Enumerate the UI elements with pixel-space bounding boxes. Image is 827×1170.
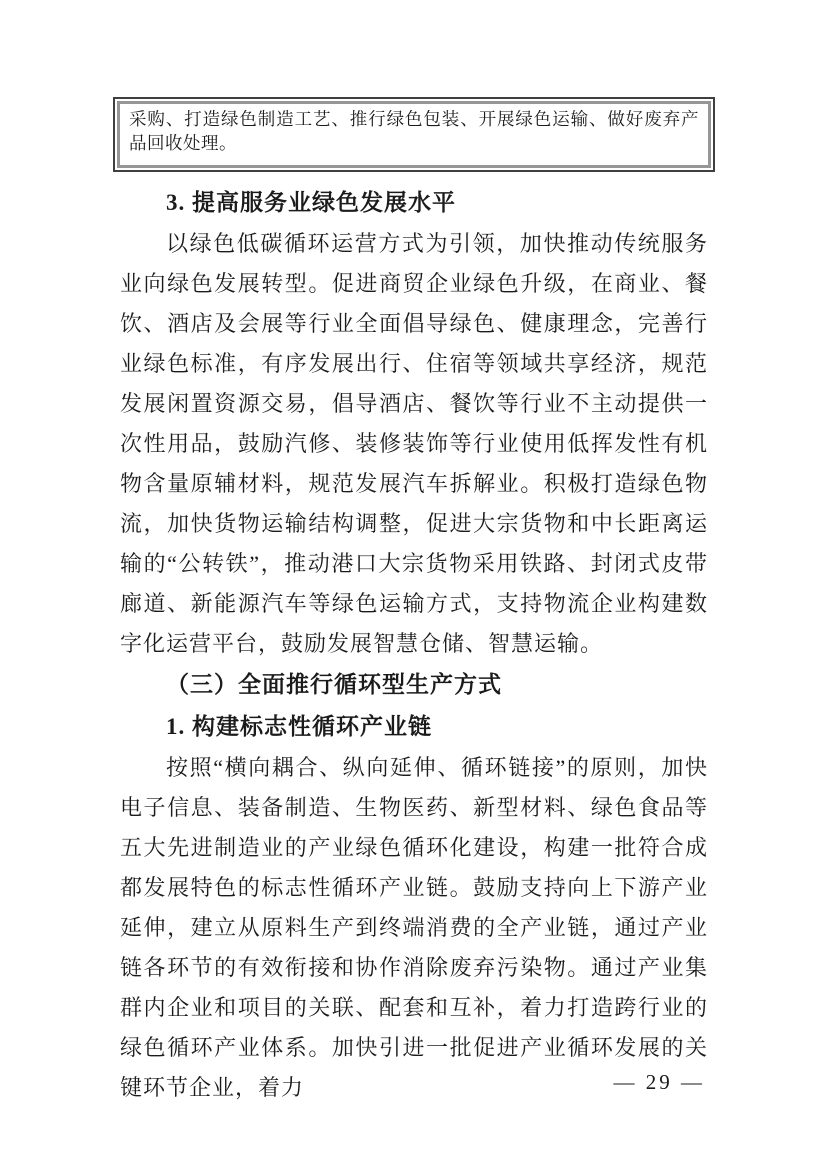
content-column: 采购、打造绿色制造工艺、推行绿色包装、开展绿色运输、做好废弃产品回收处理。 3.… — [120, 97, 708, 1108]
callout-box-inner: 采购、打造绿色制造工艺、推行绿色包装、开展绿色运输、做好废弃产品回收处理。 — [117, 101, 711, 168]
page-number: — 29 — — [614, 1070, 706, 1095]
paragraph-circular-industry-chain: 按照“横向耦合、纵向延伸、循环链接”的原则，加快电子信息、装备制造、生物医药、新… — [120, 748, 708, 1108]
document-page: 采购、打造绿色制造工艺、推行绿色包装、开展绿色运输、做好废弃产品回收处理。 3.… — [0, 0, 827, 1170]
heading-service-industry-green-development: 3. 提高服务业绿色发展水平 — [120, 182, 708, 224]
callout-text: 采购、打造绿色制造工艺、推行绿色包装、开展绿色运输、做好废弃产品回收处理。 — [129, 107, 699, 155]
callout-box: 采购、打造绿色制造工艺、推行绿色包装、开展绿色运输、做好废弃产品回收处理。 — [113, 97, 715, 172]
heading-circular-industry-chain: 1. 构建标志性循环产业链 — [120, 706, 708, 748]
heading-circular-production-section: （三）全面推行循环型生产方式 — [120, 664, 708, 706]
paragraph-service-industry: 以绿色低碳循环运营方式为引领，加快推动传统服务业向绿色发展转型。促进商贸企业绿色… — [120, 224, 708, 664]
